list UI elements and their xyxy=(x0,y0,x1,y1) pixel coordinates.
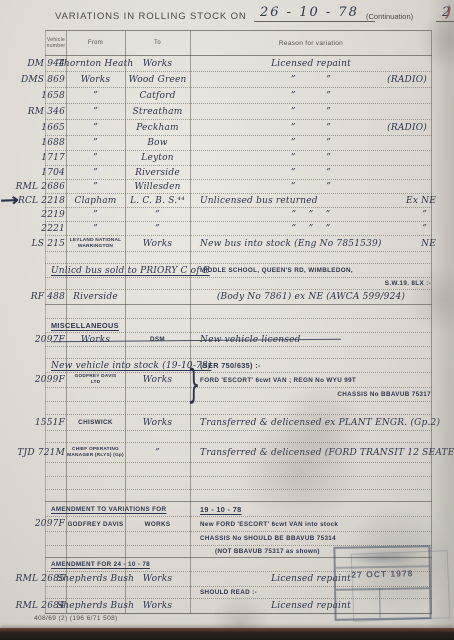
table-row: RML 2686”Willesden” ” xyxy=(45,180,432,194)
table-row: 2097FGODFREY DAVISWORKSNew FORD 'ESCORT'… xyxy=(45,517,432,532)
table-row: RM 346”Streatham” ” xyxy=(45,104,432,120)
span-cell: MISCELLANEOUS xyxy=(25,319,219,332)
from-cell: LEYLAND NATIONALWARRINGTON xyxy=(67,236,124,251)
reason-cell xyxy=(191,305,431,318)
reason-cell xyxy=(191,431,431,442)
reason-note: NE xyxy=(421,239,436,249)
table-row: MISCELLANEOUS xyxy=(45,319,432,333)
vehicle-cell xyxy=(3,402,65,414)
from-cell: ” xyxy=(67,151,124,165)
reason-note: ” xyxy=(422,210,427,220)
table-row: New vehicle into stock (19-10-78)(SER 75… xyxy=(45,359,432,373)
from-cell xyxy=(67,532,124,545)
handwritten-brace: } xyxy=(187,368,200,403)
table-row: 2099FGODFREY DAVISLTDWorksFORD 'ESCORT' … xyxy=(45,373,432,388)
to-cell: Works xyxy=(126,415,189,430)
stamp-divider xyxy=(379,588,381,618)
table-row: CHASSIS No SHOULD BE BBAVUB 75314 xyxy=(45,532,432,546)
to-cell: Works xyxy=(126,236,189,251)
reason-cell: S.W.19. 8LX :- xyxy=(191,278,445,289)
to-cell xyxy=(126,490,189,501)
to-cell: Streatham xyxy=(126,104,189,119)
table-header: Vehicle number From To Reason for variat… xyxy=(45,31,432,56)
table-row: 1704”Riverside” ” xyxy=(45,166,432,180)
reason-cell: ” ” ”” xyxy=(191,222,431,235)
table-row: 2219””” ” ”” xyxy=(45,208,432,222)
vehicle-cell: 1704 xyxy=(3,166,65,179)
reason-cell: ” ” xyxy=(191,136,431,150)
table-row xyxy=(45,252,432,264)
vehicle-cell: 2099F xyxy=(3,373,65,387)
to-cell: Works xyxy=(126,572,189,586)
reason-cell: Unlicensed bus returnedEx NE xyxy=(191,194,440,207)
reason-cell: (Body No 7861) ex NE (AWCA 599/924) xyxy=(191,290,431,304)
reason-cell: FORD 'ESCORT' 6cwt VAN ; REGN No WYU 99T xyxy=(191,373,440,387)
table-row: 1665”Peckham” ”(RADIO) xyxy=(45,120,432,136)
column-header-to: To xyxy=(125,31,190,55)
reason-note: (RADIO) xyxy=(387,75,427,85)
table-row: 1551FCHISWICKWorksTransferred & delicens… xyxy=(45,415,432,431)
to-cell xyxy=(126,305,189,318)
to-cell xyxy=(126,532,189,545)
table-row: LS 215LEYLAND NATIONALWARRINGTONWorksNew… xyxy=(45,236,432,252)
reason-cell: Transferred & delicensed (FORD TRANSIT 1… xyxy=(191,443,440,462)
to-cell xyxy=(126,347,189,358)
to-cell: Leyton xyxy=(126,151,189,165)
table-row: 2097FWorksDSMNew vehicle licensed xyxy=(45,333,432,347)
reason-cell xyxy=(191,463,431,476)
vehicle-cell xyxy=(3,347,65,358)
from-cell: ” xyxy=(67,136,124,150)
span-cell: Unlicd bus sold to PRIORY C of E xyxy=(25,264,219,277)
vehicle-cell xyxy=(3,278,65,289)
form-reference: 408/69 (2) (196 6/71 508) xyxy=(34,615,118,622)
from-cell xyxy=(67,477,124,489)
from-cell xyxy=(67,402,124,414)
reason-cell: New vehicle licensed xyxy=(191,333,440,346)
vehicle-cell xyxy=(3,490,65,501)
from-cell: ” xyxy=(67,222,124,235)
reason-cell: MIDDLE SCHOOL, QUEEN'S RD, WIMBLEDON, xyxy=(191,264,440,277)
reason-note: ” xyxy=(422,224,427,234)
table-row: DM 944Thornton HeathWorksLicensed repain… xyxy=(45,56,432,72)
table-row xyxy=(45,431,432,443)
reason-cell xyxy=(191,319,431,332)
reason-cell xyxy=(191,477,431,489)
table-row: 2221””” ” ”” xyxy=(45,222,432,236)
reason-cell xyxy=(191,402,431,414)
vehicle-cell: LS 215 xyxy=(3,236,65,251)
from-cell xyxy=(67,463,124,476)
table-body: DM 944Thornton HeathWorksLicensed repain… xyxy=(45,56,432,614)
to-cell xyxy=(126,402,189,414)
from-cell xyxy=(67,388,124,401)
to-cell xyxy=(126,290,189,304)
date-value: 26 - 10 - 78 xyxy=(254,5,375,22)
vehicle-cell: DM 944 xyxy=(3,56,65,71)
to-cell: ” xyxy=(126,443,189,462)
reason-cell: ” ” xyxy=(191,151,431,165)
vehicle-cell: RF 488 xyxy=(3,290,65,304)
to-cell: Riverside xyxy=(126,166,189,179)
table-row: CHASSIS No BBAVUB 75317 xyxy=(45,388,432,402)
to-cell xyxy=(126,252,189,263)
span-cell: AMENDMENT TO VARIATIONS FOR xyxy=(25,502,219,516)
from-cell: ” xyxy=(67,104,124,119)
vehicle-cell: 1688 xyxy=(3,136,65,150)
table-row xyxy=(45,347,432,359)
table-row xyxy=(45,477,432,490)
from-cell xyxy=(67,347,124,358)
stamp-divider xyxy=(336,587,429,590)
vehicle-cell xyxy=(3,477,65,489)
table-row xyxy=(45,463,432,477)
to-cell: Bow xyxy=(126,136,189,150)
from-cell: Thornton Heath xyxy=(67,56,124,71)
column-header-from: From xyxy=(66,31,125,55)
reason-cell xyxy=(191,490,431,501)
from-cell: CHISWICK xyxy=(67,415,124,430)
from-cell xyxy=(67,305,124,318)
from-cell: ” xyxy=(67,180,124,193)
vehicle-cell: RM 346 xyxy=(3,104,65,119)
vehicle-cell: TJD 721M xyxy=(3,443,65,462)
date-stamp: 27 OCT 1978 xyxy=(333,545,431,621)
table-row: S.W.19. 8LX :- xyxy=(45,278,432,290)
vehicle-cell: 1551F xyxy=(3,415,65,430)
stamp-date: 27 OCT 1978 xyxy=(336,568,429,580)
to-cell xyxy=(126,278,189,289)
reason-cell: ” ” xyxy=(191,104,431,119)
to-cell: ” xyxy=(126,222,189,235)
vehicle-cell: RML 2684 xyxy=(3,599,65,613)
continuation-label: (Continuation) xyxy=(366,12,413,21)
vehicle-cell xyxy=(3,546,65,557)
reason-cell: ” ”(RADIO) xyxy=(191,72,431,87)
table-row: DMS 869WorksWood Green” ”(RADIO) xyxy=(45,72,432,88)
vehicle-cell xyxy=(3,388,65,401)
from-cell: Works xyxy=(67,72,124,87)
from-cell: ” xyxy=(67,166,124,179)
column-header-reason: Reason for variation xyxy=(190,31,432,55)
reason-cell: ” ” xyxy=(191,166,431,179)
vehicle-cell: 1717 xyxy=(3,151,65,165)
to-cell: Catford xyxy=(126,88,189,103)
from-cell: Shepherds Bush xyxy=(67,599,124,613)
vehicle-cell: 2097F xyxy=(3,333,65,346)
to-cell: Works xyxy=(126,373,189,387)
variations-table: Vehicle number From To Reason for variat… xyxy=(45,30,432,614)
stamp-faded-text xyxy=(347,550,416,564)
table-row: 1658”Catford” ” xyxy=(45,88,432,104)
reason-cell: CHASSIS No SHOULD BE BBAVUB 75314 xyxy=(191,532,440,545)
reason-cell xyxy=(191,252,431,263)
from-cell: Clapham xyxy=(67,194,124,207)
from-cell xyxy=(67,490,124,501)
to-cell xyxy=(126,477,189,489)
vehicle-cell xyxy=(3,532,65,545)
table-row: AMENDMENT TO VARIATIONS FOR19 - 10 - 78 xyxy=(45,502,432,517)
vehicle-cell: 2221 xyxy=(3,222,65,235)
from-cell xyxy=(67,252,124,263)
reason-cell: Licensed repaint xyxy=(191,56,431,71)
vehicle-cell xyxy=(3,463,65,476)
vehicle-cell: 1658 xyxy=(3,88,65,103)
reason-cell: Transferred & delicensed ex PLANT ENGR. … xyxy=(191,415,440,430)
vehicle-cell xyxy=(3,305,65,318)
to-cell: ” xyxy=(126,208,189,221)
to-cell xyxy=(126,388,189,401)
table-row xyxy=(45,490,432,502)
from-cell: Riverside xyxy=(67,290,124,304)
table-row xyxy=(45,402,432,415)
from-cell xyxy=(67,278,124,289)
table-row: Unlicd bus sold to PRIORY C of EMIDDLE S… xyxy=(45,264,432,278)
reason-cell: ” ” xyxy=(191,180,431,193)
vehicle-cell: 2097F xyxy=(3,517,65,531)
reason-note: (RADIO) xyxy=(387,123,427,133)
span-cell: AMENDMENT FOR 24 - 10 - 78 xyxy=(25,558,219,571)
table-row: 1717”Leyton” ” xyxy=(45,151,432,166)
vehicle-cell: DMS 869 xyxy=(3,72,65,87)
margin-arrow-icon: → xyxy=(0,190,20,212)
vehicle-cell: 1665 xyxy=(3,120,65,135)
from-cell xyxy=(67,546,124,557)
from-cell xyxy=(67,431,124,442)
to-cell: Peckham xyxy=(126,120,189,135)
table-row xyxy=(45,305,432,319)
vehicle-cell xyxy=(3,431,65,442)
reason-cell: ” ”(RADIO) xyxy=(191,120,431,135)
to-cell: Works xyxy=(126,56,189,71)
vehicle-cell: RML 2685 xyxy=(3,572,65,586)
vehicle-cell xyxy=(3,252,65,263)
from-cell: Works xyxy=(67,333,124,346)
reason-cell xyxy=(191,347,431,358)
photo-edge xyxy=(0,628,454,640)
table-row: 1688”Bow” ” xyxy=(45,136,432,151)
reason-cell: New bus into stock (Eng No 7851539)NE xyxy=(191,236,440,251)
table-row: RF 488Riverside(Body No 7861) ex NE (AWC… xyxy=(45,290,432,305)
to-cell: Willesden xyxy=(126,180,189,193)
reason-cell: ” ” xyxy=(191,88,431,103)
to-cell: L. C. B. S.⁴⁴ xyxy=(126,194,189,207)
table-row: RCL 2218ClaphamL. C. B. S.⁴⁴Unlicensed b… xyxy=(45,194,432,208)
from-cell: GODFREY DAVISLTD xyxy=(67,373,124,387)
from-cell: ” xyxy=(67,88,124,103)
to-cell xyxy=(126,546,189,557)
to-cell: WORKS xyxy=(126,517,189,531)
to-cell xyxy=(126,431,189,442)
from-cell: Shepherds Bush xyxy=(67,572,124,586)
to-cell: Works xyxy=(126,599,189,613)
from-cell: ” xyxy=(67,208,124,221)
reason-cell: CHASSIS No BBAVUB 75317 xyxy=(191,388,445,401)
from-cell: GODFREY DAVIS xyxy=(67,517,124,531)
to-cell xyxy=(126,463,189,476)
reason-cell: ” ” ”” xyxy=(191,208,431,221)
to-cell: Wood Green xyxy=(126,72,189,87)
reason-cell: (SER 750/635) :- xyxy=(191,359,440,372)
to-cell: DSM xyxy=(126,333,189,346)
table-row: TJD 721MCHIEF OPERATINGMANAGER (RLYS) (G… xyxy=(45,443,432,463)
vehicle-cell xyxy=(3,587,65,598)
reason-cell: 19 - 10 - 78 xyxy=(191,502,440,516)
reason-cell: New FORD 'ESCORT' 6cwt VAN into stock xyxy=(191,517,440,531)
reason-note: Ex NE xyxy=(406,196,436,206)
to-cell xyxy=(126,587,189,598)
from-cell: ” xyxy=(67,120,124,135)
from-cell: CHIEF OPERATINGMANAGER (RLYS) (Gp) xyxy=(67,443,124,462)
page-title: VARIATIONS IN ROLLING STOCK ON xyxy=(55,11,247,22)
from-cell xyxy=(67,587,124,598)
